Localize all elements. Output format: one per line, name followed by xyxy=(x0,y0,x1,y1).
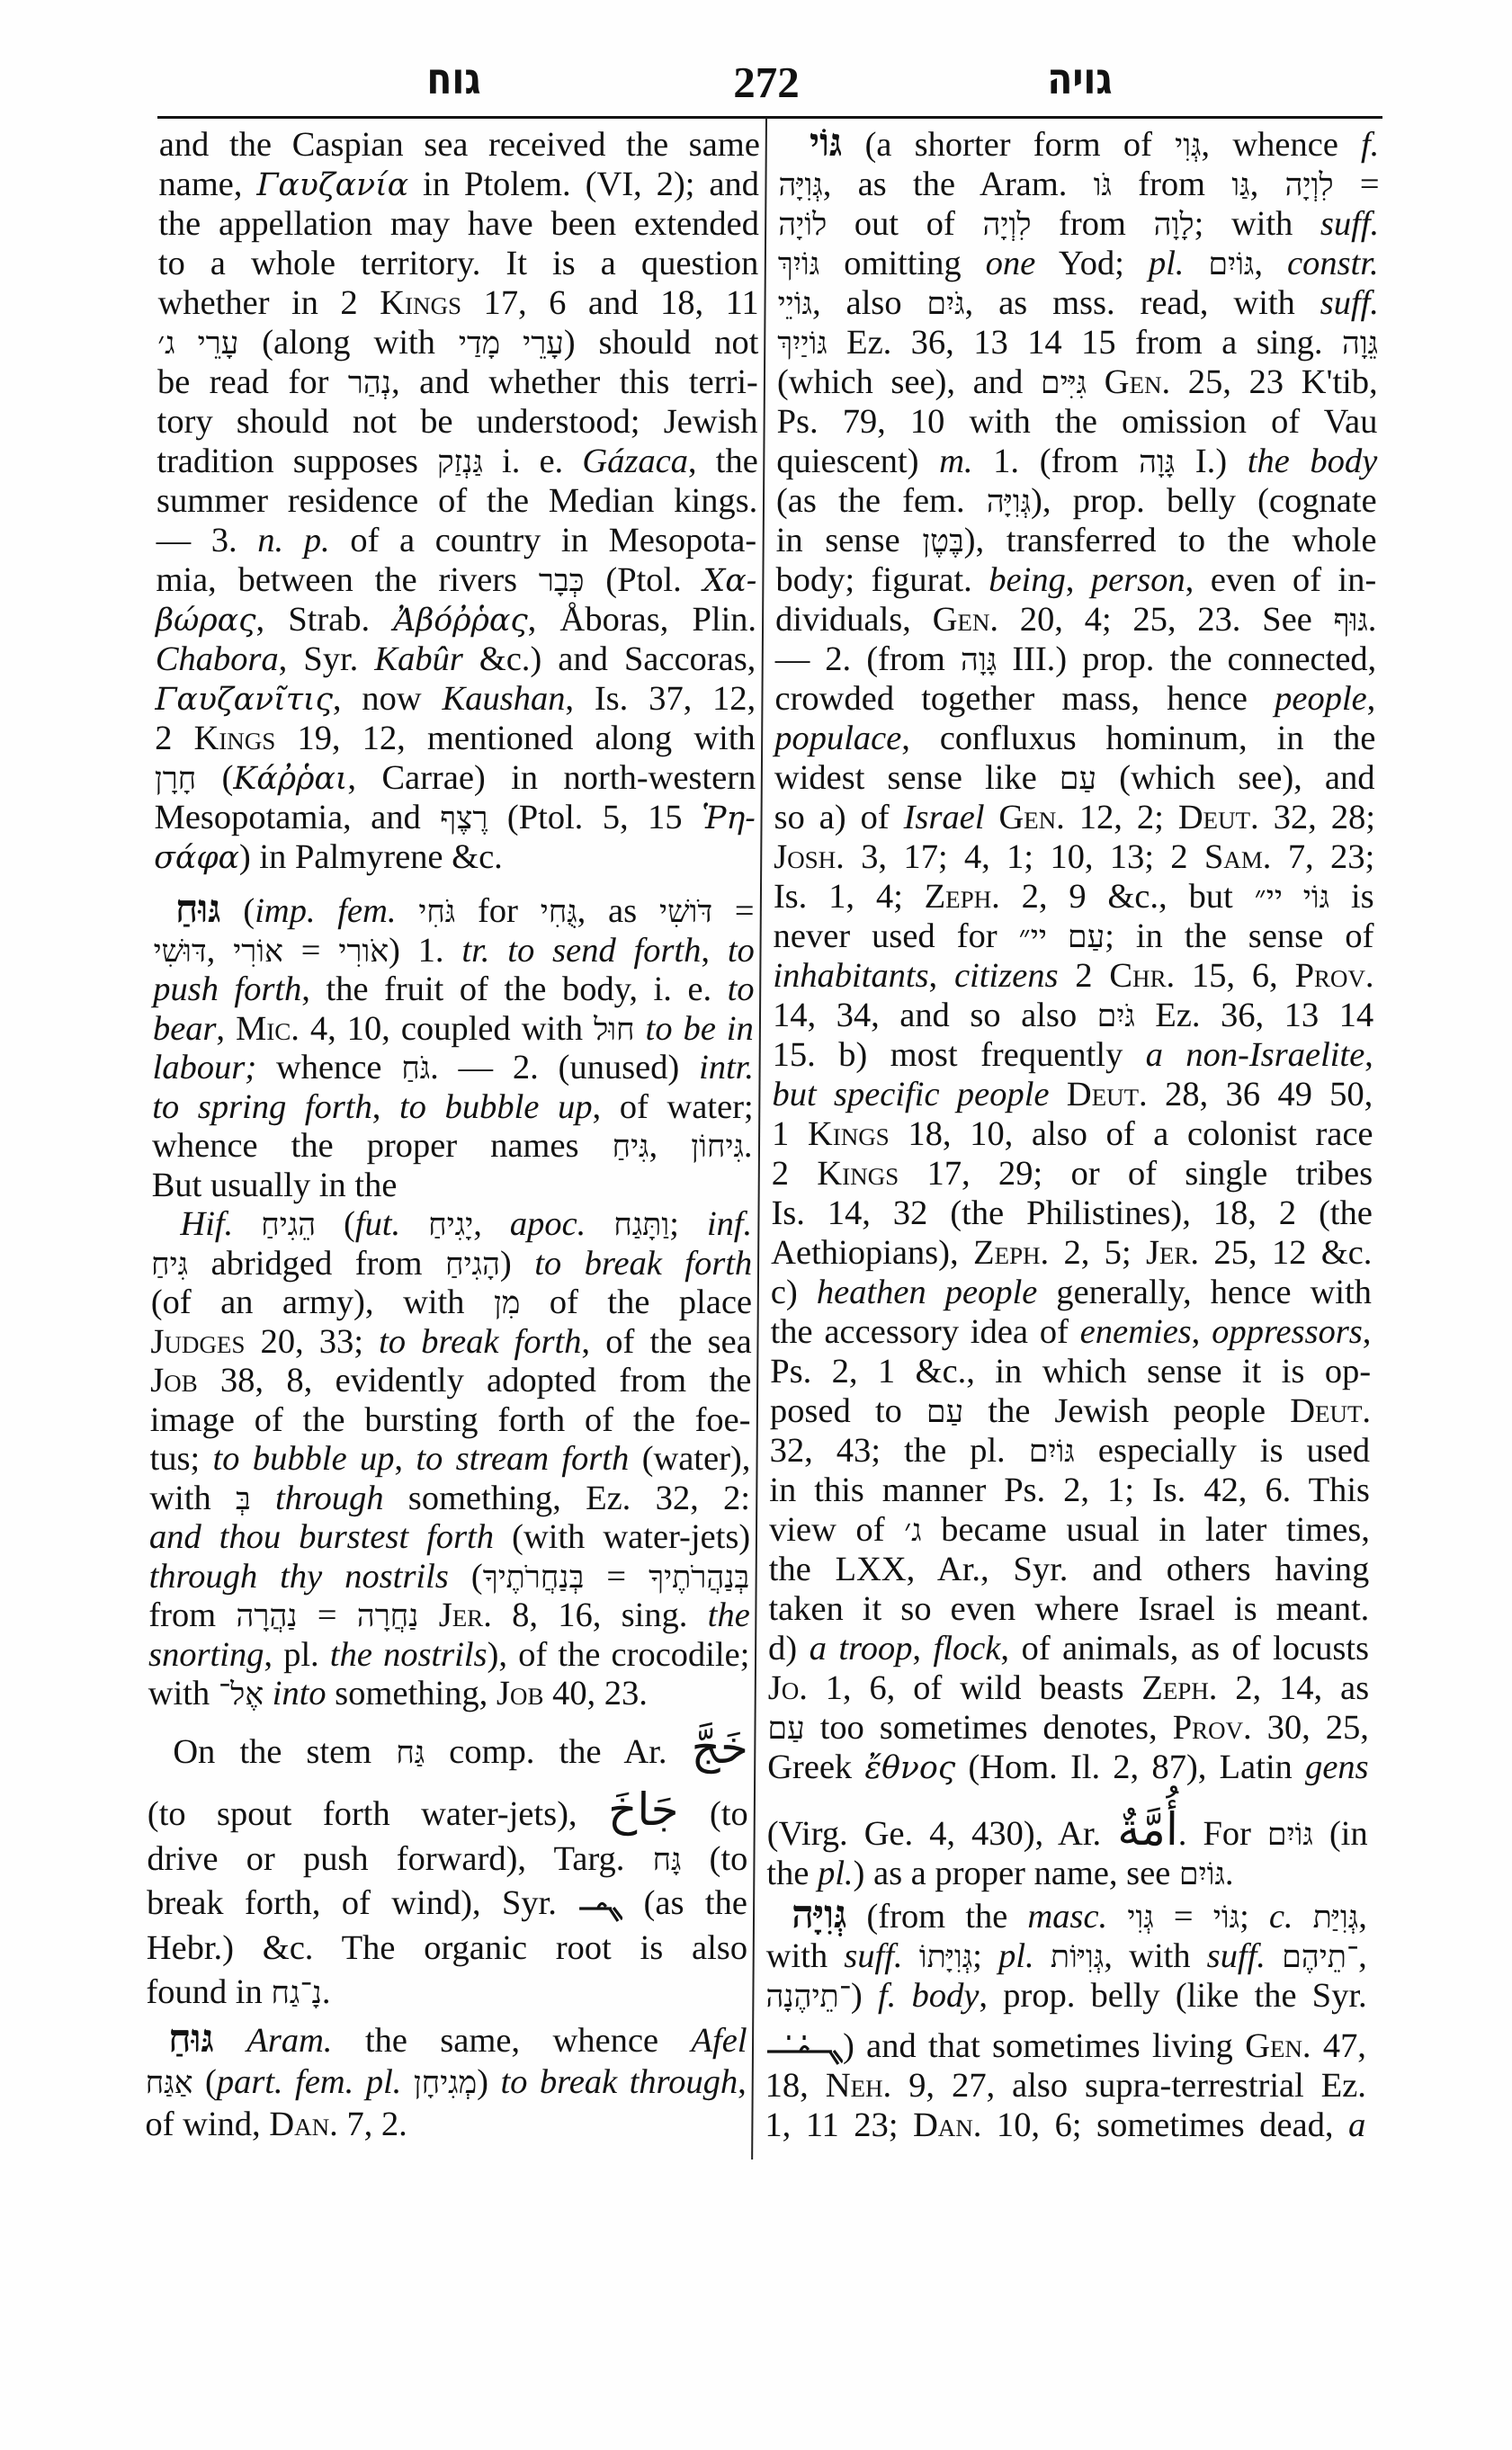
hebrew-word: נַהֲרָה xyxy=(236,1599,297,1633)
line-text: 14, 34, and so also גֹּיִם Ez. 36, 13 14 xyxy=(773,996,1374,1035)
italic-text: f. xyxy=(1361,126,1380,164)
text-line: tradition supposes גַּנְזַק i. e. Gázaca… xyxy=(157,442,757,481)
italic-text: being xyxy=(989,561,1066,599)
hebrew-word: אַגַּח xyxy=(146,2066,193,2100)
hebrew-headword: גְּוִיָּה xyxy=(792,1894,847,1936)
hebrew-word: עָרֵי ג׳ xyxy=(157,326,238,361)
small-caps-reference: Kings xyxy=(380,284,461,322)
hebrew-headword: גּוּחַ xyxy=(168,2018,214,2061)
text-line: דּוּשִׁי, אוֹרִי = אֹורִי) 1. tr. to sen… xyxy=(153,932,754,971)
line-text: dividuals, Gen. 20, 4; 25, 23. See גּוּף… xyxy=(775,600,1377,639)
line-text: 1, 11 23; Dan. 10, 6; sometimes dead, a xyxy=(765,2106,1365,2145)
hebrew-word: גּוֹיִם xyxy=(1267,1818,1313,1852)
text-line: the appellation may have been extended xyxy=(158,204,759,244)
italic-text: f. body xyxy=(878,1977,980,2015)
italic-text: Aram. xyxy=(246,2022,332,2060)
hebrew-word: גְּוִיָּה xyxy=(987,485,1032,519)
greek-word: σάφα xyxy=(154,840,239,876)
text-line: c) heathen people generally, hence with xyxy=(771,1273,1372,1312)
hebrew-word: גּוֹיִךְ xyxy=(778,247,820,282)
text-line: Mesopotamia, and רֶצֶף (Ptol. 5, 15 Ῥη- xyxy=(154,798,755,837)
hebrew-word: גָּוָה xyxy=(961,643,997,677)
line-text: Hif. הֵגִיחַ (fut. יָגִיחַ, apoc. וַתָּג… xyxy=(180,1205,752,1245)
text-line: βώρας, Strab. Ἀβόῤῥας, Åboras, Plin. xyxy=(156,600,756,639)
text-line: so a) of Israel Gen. 12, 2; Deut. 32, 28… xyxy=(774,798,1374,837)
line-text: whence the proper names גִּיחַ, גִּיחוֹן… xyxy=(152,1127,753,1167)
line-text: לוֹיָה out of לִוְיָה from לָוָה; with s… xyxy=(778,204,1379,244)
text-line: 1 Kings 18, 10, also of a colonist race xyxy=(772,1114,1373,1154)
line-text: through thy nostrils (בְּנַחֲרֹתֶיךָ = ב… xyxy=(149,1558,750,1597)
text-line: Jo. 1, 6, of wild beasts Zeph. 2, 14, as xyxy=(768,1668,1369,1708)
entry-start-line: גּוּחַ (imp. fem. גֹּחִי for גֻּחִי, as … xyxy=(154,892,755,932)
italic-text: pl. xyxy=(818,1855,854,1892)
hebrew-word: הֵגִיחַ xyxy=(261,1208,316,1242)
hebrew-word: וַתָּגַח xyxy=(613,1208,669,1242)
italic-text: the nostrils xyxy=(330,1636,488,1674)
text-line: עַם too sometimes denotes, Prov. 30, 25, xyxy=(767,1708,1368,1748)
text-line: drive or push forward), Targ. גָּח (to xyxy=(147,1837,747,1882)
text-line: the pl.) as a proper name, see גּוֹיִם. xyxy=(766,1854,1367,1893)
text-line: 32, 43; the pl. גּוֹיִם especially is us… xyxy=(769,1431,1370,1471)
italic-text: enemies xyxy=(1080,1313,1192,1351)
line-text: the accessory idea of enemies, oppressor… xyxy=(770,1312,1371,1352)
greek-word: Γαυζανῖτις xyxy=(155,682,333,718)
subentry-start-line: Hif. הֵגִיחַ (fut. יָגִיחַ, apoc. וַתָּג… xyxy=(151,1205,752,1245)
hebrew-word: גָּח xyxy=(652,1843,681,1877)
line-text: דּוּשִׁי, אוֹרִי = אֹורִי) 1. tr. to sen… xyxy=(153,932,755,971)
italic-text: to bubble up xyxy=(212,1440,394,1478)
text-line: inhabitants, citizens 2 Chr. 15, 6, Prov… xyxy=(773,956,1373,996)
text-line: crowded together mass, hence people, xyxy=(774,679,1375,719)
line-text: Ps. 2, 1 &c., in which sense it is op- xyxy=(770,1352,1371,1391)
hebrew-word: מְגִיחָן xyxy=(414,2066,478,2100)
line-text: tus; to bubble up, to stream forth (wate… xyxy=(149,1440,750,1480)
hebrew-word: גּוֹי יי״ xyxy=(1254,881,1329,915)
italic-text: flock xyxy=(933,1630,1000,1668)
small-caps-reference: Chr. xyxy=(1109,957,1175,995)
text-line: Hebr.) &c. The organic root is also xyxy=(147,1927,747,1972)
hebrew-word: לוֹיָה xyxy=(778,208,827,242)
small-caps-reference: Deut. xyxy=(1067,1076,1148,1113)
text-line: 15. b) most frequently a non-Israelite, xyxy=(773,1035,1373,1075)
italic-text: suff. xyxy=(1207,1937,1266,1975)
line-text: populace, confluxus hominum, in the xyxy=(774,719,1376,758)
line-text: snorting, pl. the nostrils), of the croc… xyxy=(148,1636,750,1676)
line-text: On the stem גַּח comp. the Ar. خَجَّ xyxy=(173,1730,748,1775)
small-caps-reference: Prov. xyxy=(1294,957,1373,995)
italic-text: a non-Israelite xyxy=(1146,1036,1365,1074)
text-line: d) a troop, flock, of animals, as of loc… xyxy=(768,1629,1369,1668)
text-line: גּוֹיִךְ omitting one Yod; pl. גּוֹיִם, … xyxy=(778,244,1379,283)
line-text: and thou burstest forth (with water-jets… xyxy=(149,1518,751,1558)
left-column: and the Caspian sea received the same na… xyxy=(145,125,760,2145)
text-line: from נַהֲרָה = נַחֲרָה Jer. 8, 16, sing.… xyxy=(148,1596,749,1636)
line-text: (Virg. Ge. 4, 430), Ar. أُمَّةٌ. For גּו… xyxy=(767,1814,1368,1854)
italic-text: but specific people xyxy=(772,1076,1049,1113)
small-caps-reference: Zeph. xyxy=(1141,1669,1217,1707)
italic-text: heathen people xyxy=(817,1274,1038,1311)
hebrew-word: גְּוִי xyxy=(1127,1900,1154,1935)
italic-text: to spring forth xyxy=(152,1088,372,1126)
line-text: גִּיחַ abridged from הָגִיחַ) to break f… xyxy=(151,1245,752,1284)
italic-text: labour; xyxy=(152,1049,256,1086)
line-text: taken it so even where Israel is meant. xyxy=(768,1589,1369,1629)
hebrew-word: נַחֲרָה xyxy=(357,1599,419,1633)
italic-text: to be in xyxy=(645,1010,753,1048)
line-text: crowded together mass, hence people, xyxy=(774,679,1375,719)
entry-start-line: גּוֹי (a shorter form of גְּוִי, whence … xyxy=(779,125,1380,165)
text-line: (to spout forth water-jets), جَاخَ (to xyxy=(148,1793,748,1837)
text-line: in sense בֶּטֶן), transferred to the who… xyxy=(776,521,1377,560)
line-text: 2 Kings 17, 29; or of single tribes xyxy=(772,1154,1373,1194)
italic-text: suff. xyxy=(1320,284,1380,322)
hebrew-word: בְּ xyxy=(236,1482,251,1516)
small-caps-reference: Deut. xyxy=(1178,799,1259,836)
italic-text: masc. xyxy=(1027,1898,1107,1936)
hebrew-word: גִּיִּים xyxy=(1041,366,1087,400)
line-text: break forth, of wind), Syr. (as the xyxy=(147,1882,747,1927)
small-caps-reference: Gen. xyxy=(1245,2027,1311,2065)
text-line: bear, Mic. 4, 10, coupled with חוּל to b… xyxy=(153,1010,754,1050)
small-caps-reference: Jer. xyxy=(439,1596,492,1634)
line-text: with suff. גְּוִיָּתוֹ; pl. גְּוִיּוֹת, … xyxy=(766,1936,1367,1976)
italic-text: Gázaca xyxy=(582,443,688,480)
text-line: labour; whence גֹּחַ. — 2. (unused) intr… xyxy=(152,1049,753,1088)
hebrew-word: גַּח xyxy=(396,1736,425,1770)
small-caps-reference: Kings xyxy=(193,720,275,757)
line-text: with אֶל־ into something, Job 40, 23. xyxy=(148,1675,648,1714)
hebrew-word: לִוְיָה xyxy=(1284,168,1333,202)
line-text: ) and that sometimes living Gen. 47, xyxy=(765,2026,1366,2066)
line-text: labour; whence גֹּחַ. — 2. (unused) intr… xyxy=(152,1049,754,1088)
line-text: גּוֹיֵי, also גֹּיִם, as mss. read, with… xyxy=(777,283,1379,323)
line-text: אַגַּח (part. fem. pl. מְגִיחָן) to brea… xyxy=(146,2061,747,2104)
text-line: whether in 2 Kings 17, 6 and 18, 11 xyxy=(157,283,758,323)
line-text: but specific people Deut. 28, 36 49 50, xyxy=(772,1075,1373,1114)
italic-text: to break forth xyxy=(534,1245,752,1283)
line-text: 15. b) most frequently a non-Israelite, xyxy=(773,1035,1373,1075)
text-line: posed to עַם the Jewish people Deut. xyxy=(770,1391,1371,1431)
text-line: quiescent) m. 1. (from גָּוָה I.) the bo… xyxy=(776,442,1377,481)
hebrew-word: עַם xyxy=(1060,762,1096,796)
text-line: Ps. 79, 10 with the omission of Vau xyxy=(776,402,1377,442)
text-line: — 2. (from גָּוָה III.) prop. the connec… xyxy=(775,639,1376,679)
line-text: Greek ἔθνος (Hom. Il. 2, 87), Latin gens xyxy=(767,1748,1369,1787)
italic-text: inf. xyxy=(707,1205,753,1243)
line-text: never used for עַם יי״; in the sense of xyxy=(773,917,1373,956)
hebrew-word: גִּיחַ xyxy=(151,1247,188,1282)
text-line: found in נָ־גַח. xyxy=(146,1971,747,2016)
line-text: But usually in the xyxy=(152,1167,398,1206)
text-line: with בְּ through something, Ez. 32, 2: xyxy=(149,1480,750,1519)
line-text: push forth, the fruit of the body, i. e.… xyxy=(153,970,755,1010)
text-line: גּוֹיֵי, also גֹּיִם, as mss. read, with… xyxy=(777,283,1378,323)
text-line: taken it so even where Israel is meant. xyxy=(768,1589,1369,1629)
line-text: the pl.) as a proper name, see גּוֹיִם. xyxy=(766,1854,1234,1893)
text-line: widest sense like עַם (which see), and xyxy=(774,758,1375,798)
italic-text: m. xyxy=(939,443,973,480)
line-text: and the Caspian sea received the same xyxy=(159,125,760,165)
small-caps-reference: Jer. xyxy=(1146,1234,1199,1272)
text-line: 2 Kings 17, 29; or of single tribes xyxy=(772,1154,1373,1194)
small-caps-reference: Zeph. xyxy=(973,1234,1049,1272)
hebrew-word: בֶּטֶן xyxy=(922,524,964,559)
hebrew-word: גֹּיִם xyxy=(926,287,964,321)
hebrew-word: גּוּף xyxy=(1333,604,1368,638)
arabic-word: أُمَّةٌ xyxy=(1117,1803,1178,1855)
text-line: 2 Kings 19, 12, mentioned along with xyxy=(155,719,756,758)
line-text: 2 Kings 19, 12, mentioned along with xyxy=(155,719,756,758)
italic-text: a xyxy=(1348,2106,1366,2144)
text-line: Greek ἔθνος (Hom. Il. 2, 87), Latin gens xyxy=(767,1748,1368,1787)
line-text: image of the bursting forth of the foe- xyxy=(150,1401,751,1441)
text-line: Is. 1, 4; Zeph. 2, 9 &c., but גּוֹי יי״ … xyxy=(774,877,1374,917)
italic-text: the body xyxy=(1248,443,1378,480)
line-text: to a whole territory. It is a question xyxy=(158,244,759,283)
line-text: the LXX, Ar., Syr. and others having xyxy=(769,1550,1370,1589)
text-line: to spring forth, to bubble up, of water; xyxy=(152,1088,753,1128)
arabic-word: خَجَّ xyxy=(691,1721,748,1774)
line-text: mia, between the rivers כְּבָר (Ptol. Χα… xyxy=(156,560,756,600)
line-text: drive or push forward), Targ. גָּח (to xyxy=(147,1837,747,1882)
text-line: Is. 14, 32 (the Philistines), 18, 2 (the xyxy=(771,1194,1372,1233)
hebrew-word: גִּיחַ xyxy=(612,1130,649,1164)
line-text: גּוֹי (a shorter form of גְּוִי, whence … xyxy=(810,125,1380,165)
line-text: quiescent) m. 1. (from גָּוָה I.) the bo… xyxy=(776,442,1377,481)
text-line: populace, confluxus hominum, in the xyxy=(774,719,1375,758)
hebrew-word: דּוּשִׁי xyxy=(153,934,206,969)
hebrew-word: גַּנְזַק xyxy=(437,445,483,479)
line-text: גּוֹיִךְ omitting one Yod; pl. גּוֹיִם, … xyxy=(778,244,1379,283)
text-line: Judges 20, 33; to break forth, of the se… xyxy=(150,1323,751,1363)
line-text: 32, 43; the pl. גּוֹיִם especially is us… xyxy=(769,1431,1370,1471)
hebrew-word: עַם יי״ xyxy=(1018,920,1105,954)
greek-word: ἔθνος xyxy=(864,1750,955,1786)
text-line: in this manner Ps. 2, 1; Is. 42, 6. This xyxy=(769,1471,1370,1510)
line-text: of wind, Dan. 7, 2. xyxy=(145,2104,407,2146)
text-line: tory should not be understood; Jewish xyxy=(157,402,757,442)
small-caps-reference: Mic. xyxy=(236,1010,300,1048)
hebrew-word: גְּוִי xyxy=(1175,129,1202,163)
italic-text: into xyxy=(273,1675,327,1712)
text-line: עָרֵי ג׳ (along with עָרֵי מָדַי) should… xyxy=(157,323,758,362)
line-text: Is. 14, 32 (the Philistines), 18, 2 (the xyxy=(771,1194,1373,1233)
line-text: גְּוִיָּה, as the Aram. גֹּו from גַּו, … xyxy=(778,165,1379,204)
text-line: Aethiopians), Zeph. 2, 5; Jer. 25, 12 &c… xyxy=(771,1233,1372,1273)
italic-text: Hif. xyxy=(180,1205,233,1243)
line-text: Josh. 3, 17; 4, 1; 10, 13; 2 Sam. 7, 23; xyxy=(774,837,1374,877)
hebrew-word: נָ־גַח xyxy=(271,1976,322,2010)
line-text: Aethiopians), Zeph. 2, 5; Jer. 25, 12 &c… xyxy=(771,1233,1373,1273)
hebrew-word: דֹּושִׁי xyxy=(659,895,712,929)
small-caps-reference: Prov. xyxy=(1173,1709,1252,1747)
hebrew-word: גּוֹיִם xyxy=(1208,247,1254,282)
text-line: (Virg. Ge. 4, 430), Ar. أُمَّةٌ. For גּו… xyxy=(767,1814,1368,1854)
syriac-word xyxy=(765,2030,843,2066)
italic-text: pl. xyxy=(1149,245,1185,282)
hebrew-word: כְּבָר xyxy=(539,564,585,598)
italic-text: intr. xyxy=(699,1049,754,1086)
hebrew-word: ־תֵיהֶם xyxy=(1282,1940,1358,1974)
line-text: whether in 2 Kings 17, 6 and 18, 11 xyxy=(157,283,758,323)
line-text: עַם too sometimes denotes, Prov. 30, 25, xyxy=(767,1708,1369,1748)
italic-text: through xyxy=(275,1480,384,1517)
italic-text: to stream forth xyxy=(416,1440,629,1478)
text-line: But usually in the xyxy=(152,1167,753,1206)
text-line: Γαυζανῖτις, now Kaushan, Is. 37, 12, xyxy=(155,679,756,719)
line-text: bear, Mic. 4, 10, coupled with חוּל to b… xyxy=(153,1010,754,1050)
line-text: Jo. 1, 6, of wild beasts Zeph. 2, 14, as xyxy=(768,1668,1370,1708)
line-text: found in נָ־גַח. xyxy=(146,1971,330,2016)
small-caps-reference: Judges xyxy=(150,1323,245,1361)
italic-text: gens xyxy=(1305,1748,1369,1786)
hebrew-word: גֻּחִי xyxy=(541,895,577,929)
syriac-word xyxy=(577,1887,622,1923)
small-caps-reference: Kings xyxy=(808,1115,890,1153)
text-line: Job 38, 8, evidently adopted from the xyxy=(150,1362,751,1401)
small-caps-reference: Gen. xyxy=(1105,363,1171,401)
hebrew-word: ג׳ xyxy=(904,1514,922,1548)
text-line: Josh. 3, 17; 4, 1; 10, 13; 2 Sam. 7, 23; xyxy=(774,837,1374,877)
line-text: σάφα) in Palmyrene &c. xyxy=(154,837,503,877)
hebrew-word: חוּל xyxy=(594,1013,635,1047)
hebrew-word: נְהַר xyxy=(348,366,391,400)
line-text: with בְּ through something, Ez. 32, 2: xyxy=(149,1480,750,1519)
text-line: push forth, the fruit of the body, i. e.… xyxy=(153,970,754,1010)
small-caps-reference: Zeph. xyxy=(925,878,1000,916)
text-line: never used for עַם יי״; in the sense of xyxy=(773,917,1373,956)
right-column: גּוֹי (a shorter form of גְּוִי, whence … xyxy=(765,125,1380,2145)
line-text: Judges 20, 33; to break forth, of the se… xyxy=(150,1323,752,1363)
text-line: and thou burstest forth (with water-jets… xyxy=(149,1518,750,1558)
hebrew-word: גִּיחוֹן xyxy=(691,1130,744,1164)
small-caps-reference: Neh. xyxy=(826,2067,892,2105)
italic-text: a troop xyxy=(810,1630,913,1668)
line-text: גּוֹיַיִךְ Ez. 36, 13 14 15 from a sing.… xyxy=(777,323,1378,362)
italic-text: Chabora xyxy=(156,640,279,678)
line-text: view of ג׳ became usual in later times, xyxy=(769,1510,1370,1550)
text-line: the accessory idea of enemies, oppressor… xyxy=(770,1312,1371,1352)
line-text: Chabora, Syr. Kabûr &c.) and Saccoras, xyxy=(156,639,756,679)
line-text: גּוּחַ Aram. the same, whence Afel xyxy=(168,2020,747,2062)
text-line: name, Γαυζανία in Ptolem. (VI, 2); and xyxy=(158,165,759,204)
italic-text: citizens xyxy=(954,957,1059,995)
line-text: body; figurat. being, person, even of in… xyxy=(775,560,1376,600)
text-line: summer residence of the Median kings. xyxy=(157,481,757,521)
line-text: Ps. 79, 10 with the omission of Vau xyxy=(776,402,1377,442)
text-line: לוֹיָה out of לִוְיָה from לָוָה; with s… xyxy=(778,204,1379,244)
text-line: be read for נְהַר, and whether this terr… xyxy=(157,362,758,402)
text-line: body; figurat. being, person, even of in… xyxy=(775,560,1376,600)
line-text: so a) of Israel Gen. 12, 2; Deut. 32, 28… xyxy=(774,798,1375,837)
hebrew-word: חָרָן xyxy=(155,762,197,796)
small-caps-reference: Dan. xyxy=(269,2106,338,2143)
text-line: the LXX, Ar., Syr. and others having xyxy=(769,1550,1370,1589)
italic-text: fut. xyxy=(355,1205,401,1243)
greek-word: Ῥη- xyxy=(702,800,756,836)
italic-text: to break through xyxy=(500,2063,738,2101)
text-line: to a whole territory. It is a question xyxy=(158,244,759,283)
line-text: posed to עַם the Jewish people Deut. xyxy=(770,1391,1371,1431)
text-line: view of ג׳ became usual in later times, xyxy=(769,1510,1370,1550)
line-text: in sense בֶּטֶן), transferred to the who… xyxy=(776,521,1377,560)
line-text: to spring forth, to bubble up, of water; xyxy=(152,1088,754,1128)
line-text: Mesopotamia, and רֶצֶף (Ptol. 5, 15 Ῥη- xyxy=(154,798,756,837)
line-text: גּוּחַ (imp. fem. גֹּחִי for גֻּחִי, as … xyxy=(175,892,755,932)
greek-word: Χα- xyxy=(702,563,756,599)
hebrew-word: עַם xyxy=(767,1712,804,1746)
hebrew-word: גְּוִיָּתוֹ xyxy=(919,1940,973,1974)
hebrew-word: יָגִיחַ xyxy=(428,1208,473,1242)
text-line: חָרָן (Κάῤῥαι, Carrae) in north-western xyxy=(155,758,756,798)
greek-word: Ἀβόῤῥας xyxy=(393,603,528,639)
italic-text: the xyxy=(708,1596,750,1634)
text-line: dividuals, Gen. 20, 4; 25, 23. See גּוּף… xyxy=(775,600,1376,639)
hebrew-word: גּוֹיִם xyxy=(1029,1435,1075,1469)
hebrew-word: גֹּחִי xyxy=(418,895,455,929)
text-line: גּוֹיַיִךְ Ez. 36, 13 14 15 from a sing.… xyxy=(777,323,1378,362)
italic-text: bear xyxy=(153,1010,217,1048)
entry-start-line: גְּוִיָּה (from the masc. גְּוִי = גּוֹי… xyxy=(766,1897,1367,1936)
text-line: σάφα) in Palmyrene &c. xyxy=(154,837,755,877)
hebrew-word: בְּנַחֲרֹתֶיךָ xyxy=(483,1560,585,1595)
text-line: through thy nostrils (בְּנַחֲרֹתֶיךָ = ב… xyxy=(149,1558,750,1597)
hebrew-word: עַם xyxy=(926,1395,963,1429)
italic-text: n. p. xyxy=(257,522,330,559)
italic-text: Kaushan xyxy=(442,680,565,718)
text-line: (which see), and גִּיִּים Gen. 25, 23 K'… xyxy=(777,362,1378,402)
hebrew-word: גֹּיִם xyxy=(1097,999,1135,1033)
hebrew-word: בְּנַהֲרֹתֶיךָ xyxy=(649,1560,749,1595)
small-caps-reference: Job xyxy=(150,1362,198,1399)
text-line: break forth, of wind), Syr. (as the xyxy=(147,1882,747,1927)
italic-text: push forth xyxy=(153,970,301,1008)
hebrew-headword: גּוּחַ xyxy=(175,889,221,931)
line-text: inhabitants, citizens 2 Chr. 15, 6, Prov… xyxy=(773,956,1374,996)
italic-text: constr. xyxy=(1287,245,1379,282)
text-line: snorting, pl. the nostrils), of the croc… xyxy=(148,1636,749,1676)
text-line: 14, 34, and so also גֹּיִם Ez. 36, 13 14 xyxy=(773,996,1373,1035)
text-line: Chabora, Syr. Kabûr &c.) and Saccoras, xyxy=(156,639,756,679)
arabic-word: جَاخَ xyxy=(608,1784,679,1836)
line-text: Hebr.) &c. The organic root is also xyxy=(147,1927,748,1972)
text-line: גִּיחַ abridged from הָגִיחַ) to break f… xyxy=(151,1245,752,1284)
hebrew-word: גֵּוָה xyxy=(1342,326,1378,361)
italic-text: suff. xyxy=(844,1937,903,1975)
line-text: (which see), and גִּיִּים Gen. 25, 23 K'… xyxy=(777,362,1378,402)
text-line: גְּוִיָּה, as the Aram. גֹּו from גַּו, … xyxy=(778,165,1379,204)
italic-text: suff. xyxy=(1320,205,1380,243)
hebrew-word: ־תֵיהֶנָה xyxy=(765,1980,851,2014)
hebrew-word: גֹּו xyxy=(1094,168,1113,202)
italic-text: oppressors xyxy=(1212,1313,1363,1351)
line-text: עָרֵי ג׳ (along with עָרֵי מָדַי) should… xyxy=(157,323,758,362)
line-text: widest sense like עַם (which see), and xyxy=(774,758,1375,798)
line-text: the appellation may have been extended xyxy=(158,204,759,244)
italic-text: Israel xyxy=(904,799,985,836)
text-line: with אֶל־ into something, Job 40, 23. xyxy=(148,1675,749,1714)
entry-start-line: גּוּחַ Aram. the same, whence Afel xyxy=(146,2020,747,2062)
hebrew-word: גּוֹיֵי xyxy=(777,287,812,321)
small-caps-reference: Gen. xyxy=(933,601,999,639)
italic-text: imp. fem. xyxy=(255,892,397,930)
small-caps-reference: Dan. xyxy=(913,2106,982,2144)
italic-text: through thy nostrils xyxy=(149,1558,449,1596)
text-line: 18, Neh. 9, 27, also supra-terrestrial E… xyxy=(765,2066,1366,2106)
hebrew-word: גְּוִיָּה xyxy=(778,168,823,202)
italic-text: Afel xyxy=(691,2022,747,2060)
hebrew-word: גּוֹיַיִךְ xyxy=(777,326,828,361)
